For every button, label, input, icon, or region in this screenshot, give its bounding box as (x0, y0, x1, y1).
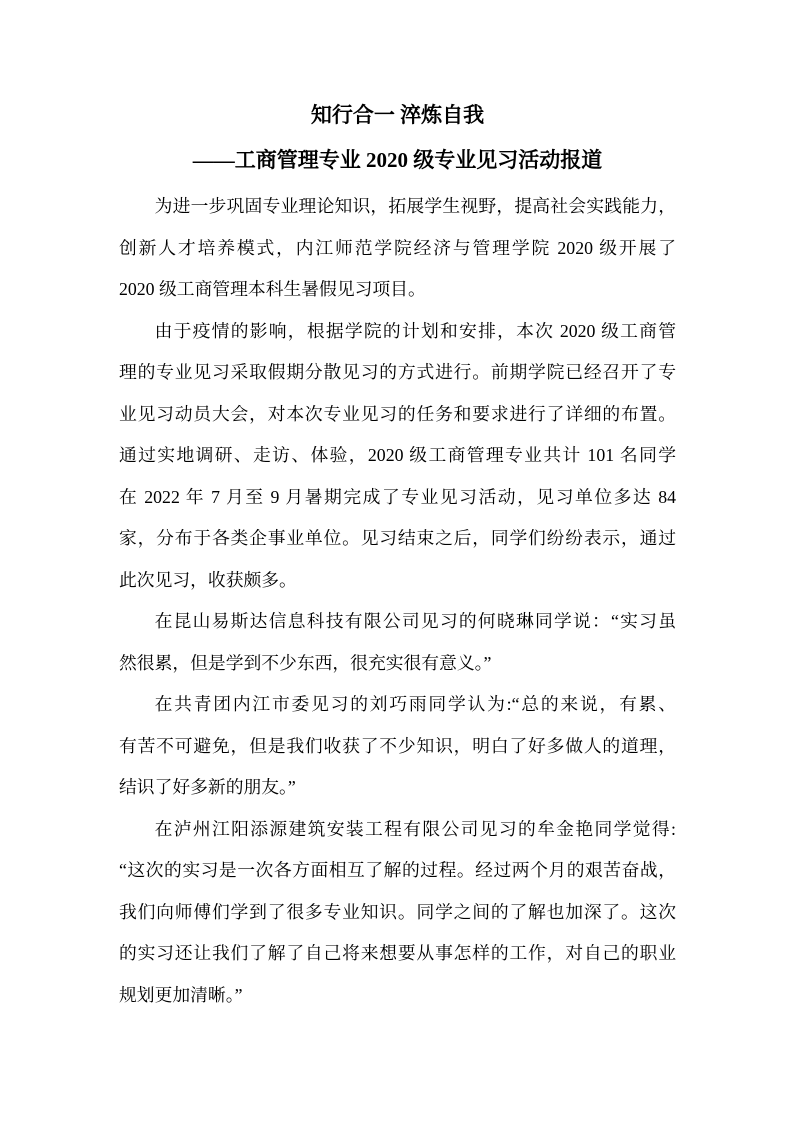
text-line: 创新人才培养模式，内江师范学院经济与管理学院 2020 级开展了 (119, 228, 676, 270)
paragraph: 为进一步巩固专业理论知识，拓展学生视野，提高社会实践能力，创新人才培养模式，内江… (119, 186, 676, 311)
text-line: 理的专业见习采取假期分散见习的方式进行。前期学院已经召开了专 (119, 352, 676, 394)
text-line: 业见习动员大会，对本次专业见习的任务和要求进行了详细的布置。 (119, 394, 676, 436)
text-line: 在泸州江阳添源建筑安装工程有限公司见习的牟金艳同学觉得: (119, 809, 676, 851)
text-line: “这次的实习是一次各方面相互了解的过程。经过两个月的艰苦奋战， (119, 850, 676, 892)
paragraph: 在泸州江阳添源建筑安装工程有限公司见习的牟金艳同学觉得:“这次的实习是一次各方面… (119, 809, 676, 1017)
document-body: 为进一步巩固专业理论知识，拓展学生视野，提高社会实践能力，创新人才培养模式，内江… (119, 186, 676, 1016)
text-line: 在 2022 年 7 月至 9 月暑期完成了专业见习活动，见习单位多达 84 (119, 477, 676, 519)
document-title: 知行合一 淬炼自我 (119, 100, 676, 130)
text-line: 在共青团内江市委见习的刘巧雨同学认为:“总的来说，有累、 (119, 684, 676, 726)
paragraph: 由于疫情的影响，根据学院的计划和安排，本次 2020 级工商管理的专业见习采取假… (119, 311, 676, 602)
text-line: 为进一步巩固专业理论知识，拓展学生视野，提高社会实践能力， (119, 186, 676, 228)
paragraph: 在昆山易斯达信息科技有限公司见习的何晓琳同学说：“实习虽然很累，但是学到不少东西… (119, 601, 676, 684)
paragraph: 在共青团内江市委见习的刘巧雨同学认为:“总的来说，有累、有苦不可避免，但是我们收… (119, 684, 676, 809)
text-line: 通过实地调研、走访、体验，2020 级工商管理专业共计 101 名同学 (119, 435, 676, 477)
text-line: 我们向师傅们学到了很多专业知识。同学之间的了解也加深了。这次 (119, 892, 676, 934)
document-page: 知行合一 淬炼自我 ——工商管理专业 2020 级专业见习活动报道 为进一步巩固… (0, 0, 793, 1122)
text-line: 此次见习，收获颇多。 (119, 560, 676, 602)
document-subtitle: ——工商管理专业 2020 级专业见习活动报道 (119, 145, 676, 175)
text-line: 有苦不可避免，但是我们收获了不少知识，明白了好多做人的道理， (119, 726, 676, 768)
text-line: 结识了好多新的朋友。” (119, 767, 676, 809)
text-line: 2020 级工商管理本科生暑假见习项目。 (119, 269, 676, 311)
text-line: 由于疫情的影响，根据学院的计划和安排，本次 2020 级工商管 (119, 311, 676, 353)
text-line: 规划更加清晰。” (119, 975, 676, 1017)
text-line: 家，分布于各类企事业单位。见习结束之后，同学们纷纷表示，通过 (119, 518, 676, 560)
text-line: 在昆山易斯达信息科技有限公司见习的何晓琳同学说：“实习虽 (119, 601, 676, 643)
text-line: 然很累，但是学到不少东西，很充实很有意义。” (119, 643, 676, 685)
text-line: 的实习还让我们了解了自己将来想要从事怎样的工作，对自己的职业 (119, 933, 676, 975)
